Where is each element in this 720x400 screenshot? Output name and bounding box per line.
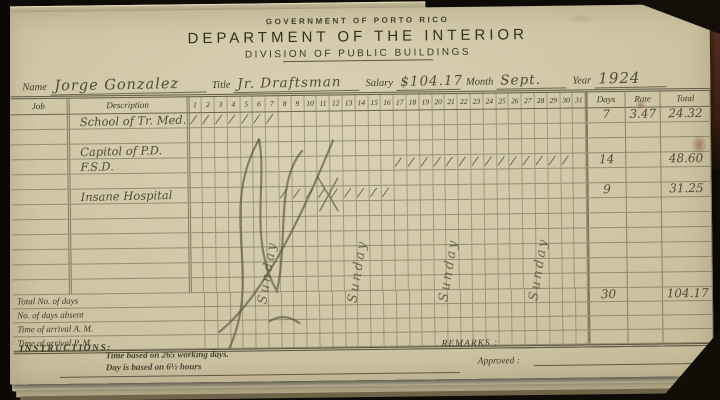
day-cell: [384, 305, 397, 318]
day-cell: [228, 173, 241, 187]
day-cell: [292, 157, 305, 171]
day-cell: [461, 304, 474, 317]
total-cell: [661, 122, 711, 137]
day-number-header: 20: [432, 94, 445, 109]
day-cell: [280, 172, 293, 186]
day-cell: [536, 184, 549, 198]
timesheet-table: JobDescription12345678910111213141516171…: [10, 88, 713, 355]
job-cell: [11, 130, 70, 145]
day-cell: [497, 184, 510, 198]
day-cell: [524, 289, 537, 302]
day-cell: [318, 172, 331, 186]
day-cell: [510, 169, 523, 183]
day-cell: [370, 261, 383, 275]
day-cell: [215, 128, 228, 142]
day-cell: [295, 306, 308, 319]
day-cell: [293, 232, 306, 246]
day-cell: [537, 289, 550, 302]
day-cell: [332, 261, 345, 275]
day-cell: ∕: [446, 155, 459, 169]
day-cell: [473, 304, 486, 317]
day-cell: [409, 275, 422, 289]
day-cell: [344, 246, 357, 260]
day-cell: [525, 303, 538, 316]
day-number-header: 12: [330, 95, 343, 110]
day-cell: [509, 139, 522, 153]
day-cell: [382, 156, 395, 170]
day-cell: [460, 275, 473, 289]
day-cell: [523, 214, 536, 228]
day-cell: [472, 185, 485, 199]
day-cell: [422, 290, 435, 303]
day-cell: [522, 139, 535, 153]
day-cell: ∕: [561, 154, 574, 168]
day-cell: [369, 156, 382, 170]
day-cell: [204, 248, 217, 262]
day-cell: [331, 231, 344, 245]
total-cell: [662, 212, 712, 227]
total-cell: [663, 227, 713, 242]
day-cell: ∕: [292, 187, 305, 201]
day-cell: [295, 320, 308, 333]
day-cell: [563, 317, 576, 330]
day-cell: [357, 201, 370, 215]
month-label: Month: [466, 77, 494, 88]
day-cell: [192, 321, 205, 334]
day-cell: [306, 217, 319, 231]
day-cell: [280, 202, 293, 216]
day-cell: [434, 260, 447, 274]
day-cell: [407, 110, 420, 124]
day-cell: [268, 277, 281, 291]
day-cell: [331, 216, 344, 230]
year-value: 1924: [594, 68, 666, 88]
rate-cell: [627, 212, 663, 226]
day-cell: [472, 215, 485, 229]
day-cell: [331, 156, 344, 170]
days-cell: [588, 302, 628, 315]
day-cell: [190, 158, 203, 172]
day-cell: [560, 124, 573, 138]
day-cell: [294, 277, 307, 291]
days-cell: [586, 168, 626, 182]
tick-mark: ∕: [203, 113, 209, 126]
day-cell: [317, 127, 330, 141]
form-header: GOVERNMENT OF PORTO RICO DEPARTMENT OF T…: [6, 12, 710, 66]
tick-mark: ∕: [319, 187, 325, 200]
day-cell: [537, 303, 550, 316]
day-cell: [305, 157, 318, 171]
day-cell: [573, 123, 586, 137]
day-cell: [474, 318, 487, 331]
day-number-header: 11: [317, 96, 330, 111]
day-cell: [191, 248, 204, 262]
day-cell: ∕: [344, 186, 357, 200]
day-cell: [254, 187, 267, 201]
day-number-header: 24: [483, 94, 496, 109]
day-cell: [242, 217, 255, 231]
day-cell: [561, 184, 574, 198]
day-cell: [371, 305, 384, 318]
day-cell: [229, 233, 242, 247]
day-cell: ∕: [420, 155, 433, 169]
day-cell: [229, 263, 242, 277]
description-text: School of Tr. Med.: [69, 113, 186, 130]
day-cell: [394, 126, 407, 140]
day-cell: [576, 316, 589, 329]
day-cell: [522, 109, 535, 123]
day-cell: [228, 143, 241, 157]
job-cell: [11, 115, 70, 130]
tick-mark: ∕: [383, 186, 389, 199]
tick-mark: ∕: [332, 186, 338, 199]
description-cell: Capitol of P.D.: [70, 143, 190, 158]
day-cell: ∕: [535, 154, 548, 168]
day-cell: [242, 262, 255, 276]
day-cell: [408, 230, 421, 244]
day-cell: [242, 277, 255, 291]
name-label: Name: [22, 82, 47, 93]
tick-mark: ∕: [446, 155, 452, 168]
day-cell: [509, 109, 522, 123]
day-cell: [563, 303, 576, 316]
description-cell: [69, 128, 189, 143]
day-cell: [370, 231, 383, 245]
day-cell: [345, 291, 358, 304]
day-cell: [191, 278, 204, 292]
tick-mark: ∕: [408, 156, 414, 169]
day-cell: [471, 140, 484, 154]
day-cell: [496, 124, 509, 138]
total-cell: [663, 257, 713, 272]
day-cell: [320, 320, 333, 333]
day-cell: [331, 171, 344, 185]
day-cell: [421, 230, 434, 244]
tick-mark: ∕: [536, 154, 542, 167]
day-cell: [448, 290, 461, 303]
day-cell: [525, 317, 538, 330]
description-text: F.S.D.: [70, 158, 187, 175]
day-cell: [333, 291, 346, 304]
day-cell: [280, 232, 293, 246]
day-cell: ∕: [458, 155, 471, 169]
day-cell: [548, 124, 561, 138]
day-cell: [485, 259, 498, 273]
day-cell: [523, 199, 536, 213]
day-cell: [497, 139, 510, 153]
day-cell: [396, 261, 409, 275]
day-cell: [395, 201, 408, 215]
description-cell: [71, 248, 191, 263]
tick-mark: ∕: [344, 186, 350, 199]
day-cell: [205, 307, 218, 320]
day-cell: [306, 247, 319, 261]
day-cell: [292, 172, 305, 186]
day-cell: [434, 245, 447, 259]
day-cell: [484, 110, 497, 124]
day-cell: [202, 128, 215, 142]
day-cell: [243, 306, 256, 319]
description-cell: [71, 263, 191, 278]
day-cell: [486, 317, 499, 330]
day-cell: ∕: [382, 186, 395, 200]
day-cell: ∕: [407, 155, 420, 169]
day-cell: ∕: [318, 187, 331, 201]
day-cell: [269, 306, 282, 319]
day-cell: [536, 244, 549, 258]
rate-cell: 3.47: [625, 107, 661, 121]
day-cell: [253, 127, 266, 141]
rate-cell: [628, 287, 664, 300]
day-cell: [241, 142, 254, 156]
days-cell: 14: [586, 153, 626, 167]
day-cell: [382, 171, 395, 185]
day-number-header: 29: [547, 93, 560, 108]
day-cell: [217, 278, 230, 292]
description-cell: [70, 173, 190, 188]
day-cell: [256, 306, 269, 319]
day-cell: [191, 233, 204, 247]
day-cell: [356, 126, 369, 140]
day-cell: [395, 186, 408, 200]
day-cell: [522, 124, 535, 138]
rate-cell: [626, 182, 662, 196]
day-cell: [560, 109, 573, 123]
day-cell: [191, 263, 204, 277]
day-cell: [371, 319, 384, 332]
day-cell: [511, 244, 524, 258]
day-cell: [282, 306, 295, 319]
job-column-header: Job: [11, 99, 70, 115]
day-cell: [254, 157, 267, 171]
day-cell: [523, 169, 536, 183]
day-cell: [318, 142, 331, 156]
year-label: Year: [572, 75, 591, 86]
title-label: Title: [212, 80, 231, 91]
day-cell: [498, 259, 511, 273]
day-cell: [523, 184, 536, 198]
day-cell: [216, 248, 229, 262]
day-cell: [218, 321, 231, 334]
day-cell: [268, 262, 281, 276]
total-cell: [662, 167, 712, 182]
day-cell: [241, 127, 254, 141]
day-cell: [536, 199, 549, 213]
approved-label: Approved :: [478, 356, 520, 367]
day-number-header: 5: [240, 96, 253, 111]
day-cell: [381, 111, 394, 125]
day-cell: [331, 201, 344, 215]
day-cell: [576, 302, 589, 315]
tick-mark: ∕: [216, 113, 222, 126]
day-cell: [267, 187, 280, 201]
rate-cell: [627, 272, 663, 286]
salary-label: Salary: [365, 78, 393, 89]
day-number-header: 30: [560, 93, 573, 108]
day-cell: [332, 276, 345, 290]
rate-cell: [627, 227, 663, 241]
day-cell: [371, 291, 384, 304]
day-cell: [445, 125, 458, 139]
job-cell: [12, 205, 71, 220]
days-column-header: Days: [586, 92, 626, 107]
day-cell: [549, 259, 562, 273]
day-cell: ∕: [471, 155, 484, 169]
day-cell: [384, 319, 397, 332]
day-cell: [269, 292, 282, 305]
day-cell: [358, 305, 371, 318]
day-cell: [512, 317, 525, 330]
day-cell: [447, 230, 460, 244]
day-cell: [458, 110, 471, 124]
day-cell: [458, 140, 471, 154]
rate-cell: [626, 137, 662, 151]
day-cell: [358, 276, 371, 290]
day-cell: [357, 216, 370, 230]
day-cell: [268, 247, 281, 261]
day-cell: [202, 143, 215, 157]
day-cell: [192, 307, 205, 320]
day-cell: [548, 184, 561, 198]
day-cell: [345, 261, 358, 275]
day-cell: [575, 273, 588, 287]
day-cell: [484, 169, 497, 183]
day-cell: [447, 260, 460, 274]
day-cell: [190, 143, 203, 157]
day-cell: [408, 200, 421, 214]
day-cell: [205, 293, 218, 306]
day-cell: [357, 246, 370, 260]
day-cell: [562, 274, 575, 288]
day-cell: [574, 213, 587, 227]
day-cell: [216, 233, 229, 247]
day-number-header: 22: [458, 94, 471, 109]
day-cell: [370, 276, 383, 290]
day-cell: [459, 215, 472, 229]
day-cell: [307, 320, 320, 333]
photo-background: GOVERNMENT OF PORTO RICO DEPARTMENT OF T…: [0, 0, 720, 400]
total-cell: [663, 272, 713, 287]
day-cell: ∕: [266, 112, 279, 126]
day-cell: [445, 140, 458, 154]
day-cell: [192, 293, 205, 306]
day-cell: [408, 215, 421, 229]
tick-mark: ∕: [549, 154, 555, 167]
day-cell: [369, 141, 382, 155]
days-cell: [587, 198, 627, 212]
day-cell: [434, 275, 447, 289]
day-cell: [356, 141, 369, 155]
division-text: DIVISION OF PUBLIC BUILDINGS: [245, 47, 471, 61]
day-cell: [305, 127, 318, 141]
description-cell: School of Tr. Med.: [69, 113, 189, 128]
day-number-header: 19: [419, 94, 432, 109]
job-cell: [11, 145, 70, 160]
day-number-header: 25: [496, 93, 509, 108]
day-cell: [486, 303, 499, 316]
day-cell: ∕: [331, 186, 344, 200]
tick-mark: ∕: [421, 155, 427, 168]
day-cell: [241, 202, 254, 216]
total-cell: [664, 315, 714, 329]
day-cell: [485, 229, 498, 243]
day-cell: [433, 200, 446, 214]
name-value: Jorge Gonzalez: [50, 76, 206, 96]
day-cell: [422, 304, 435, 317]
day-cell: [280, 217, 293, 231]
days-cell: [587, 243, 627, 257]
day-cell: [535, 109, 548, 123]
day-cell: [535, 139, 548, 153]
day-cell: [343, 111, 356, 125]
day-number-header: 21: [445, 94, 458, 109]
day-cell: [269, 320, 282, 333]
day-cell: [370, 216, 383, 230]
day-cell: [561, 139, 574, 153]
day-cell: [433, 170, 446, 184]
day-cell: ∕: [522, 154, 535, 168]
day-cell: [394, 111, 407, 125]
day-cell: [486, 274, 499, 288]
day-cell: [216, 188, 229, 202]
day-cell: [305, 202, 318, 216]
day-cell: [292, 142, 305, 156]
day-cell: ∕: [280, 187, 293, 201]
rate-cell: [626, 152, 662, 166]
day-cell: [356, 171, 369, 185]
day-cell: [395, 171, 408, 185]
day-cell: [460, 245, 473, 259]
day-cell: [382, 201, 395, 215]
remarks-label: REMARKS :: [441, 338, 498, 349]
day-cell: [420, 140, 433, 154]
day-cell: [486, 289, 499, 302]
total-cell: 48.60: [662, 152, 712, 167]
tick-mark: ∕: [357, 186, 363, 199]
day-cell: [292, 112, 305, 126]
day-cell: [433, 185, 446, 199]
day-cell: [561, 199, 574, 213]
day-cell: [512, 289, 525, 302]
tick-mark: ∕: [523, 154, 529, 167]
day-cell: [575, 228, 588, 242]
day-cell: [549, 199, 562, 213]
day-cell: [562, 229, 575, 243]
day-number-header: 4: [227, 97, 240, 112]
day-cell: [511, 274, 524, 288]
day-cell: [447, 245, 460, 259]
day-cell: [575, 243, 588, 257]
day-cell: [293, 202, 306, 216]
day-cell: [190, 188, 203, 202]
day-cell: [383, 231, 396, 245]
day-cell: [562, 244, 575, 258]
day-cell: [485, 214, 498, 228]
day-number-header: 8: [279, 96, 292, 111]
day-cell: [461, 318, 474, 331]
day-cell: [190, 203, 203, 217]
day-cell: [230, 278, 243, 292]
day-cell: [357, 231, 370, 245]
day-cell: ∕: [202, 113, 215, 127]
day-cell: [370, 246, 383, 260]
day-cell: [573, 138, 586, 152]
day-cell: [435, 318, 448, 331]
day-cell: [229, 248, 242, 262]
day-cell: [536, 229, 549, 243]
day-number-header: 2: [202, 97, 215, 112]
day-number-header: 13: [343, 95, 356, 110]
